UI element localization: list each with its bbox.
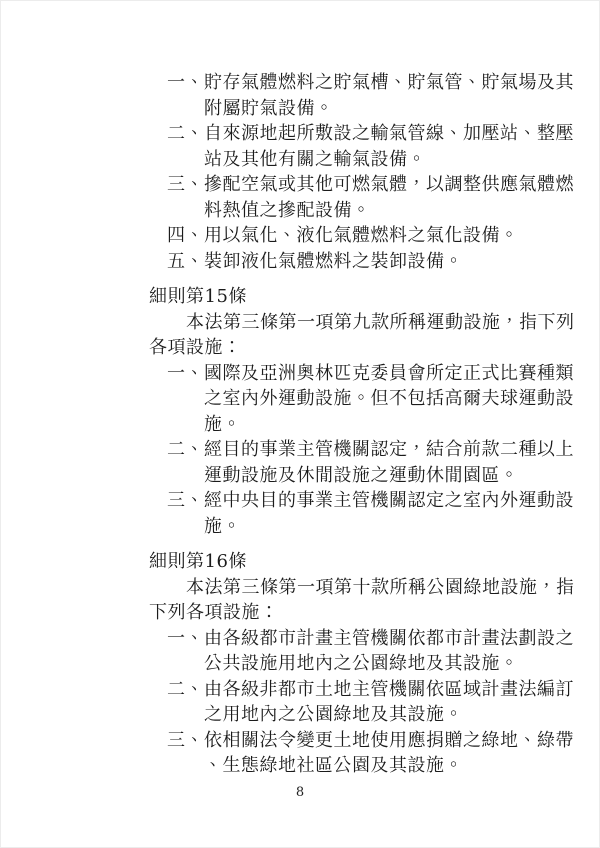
list-item: 三、經中央目的事業主管機關認定之室內外運動設施。 [167,488,583,539]
article-block: 一、貯存氣體燃料之貯氣槽、貯氣管、貯氣場及其附屬貯氣設備。二、自來源地起所敷設之… [149,70,583,274]
list-item: 二、自來源地起所敷設之輸氣管線、加壓站、整壓站及其他有關之輸氣設備。 [167,121,583,172]
list-item-line: 三、經中央目的事業主管機關認定之室內外運動設 [167,488,583,514]
list-item-text: 經目的事業主管機關認定，結合前款二種以上 [204,439,574,460]
list-item-line: 二、自來源地起所敷設之輸氣管線、加壓站、整壓 [167,121,583,147]
list-item-text: 國際及亞洲奧林匹克委員會所定正式比賽種類 [204,363,574,384]
article-block: 細則第15條本法第三條第一項第九款所稱運動設施，指下列各項設施：一、國際及亞洲奧… [149,284,583,539]
list-item-line: 附屬貯氣設備。 [167,96,583,122]
list-item-line: 料熱值之摻配設備。 [167,198,583,224]
list-item-text: 裝卸液化氣體燃料之裝卸設備。 [204,251,463,272]
list-item-line: 五、裝卸液化氣體燃料之裝卸設備。 [167,249,583,275]
list-item-line: 之用地內之公園綠地及其設施。 [167,702,583,728]
paragraph-line: 下列各項設施： [149,600,583,626]
list-item-number: 一、 [167,72,204,93]
list-item-text: 用以氣化、液化氣體燃料之氣化設備。 [204,225,519,246]
list-item-number: 四、 [167,225,204,246]
list-item-number: 三、 [167,730,204,751]
list-item: 三、摻配空氣或其他可燃氣體，以調整供應氣體燃料熱值之摻配設備。 [167,172,583,223]
list-item-text: 摻配空氣或其他可燃氣體，以調整供應氣體燃 [204,174,574,195]
list-item-text: 由各級非都市土地主管機關依區域計畫法編訂 [204,679,574,700]
list-item-line: 站及其他有關之輸氣設備。 [167,147,583,173]
list-item-line: 運動設施及休閒設施之運動休閒園區。 [167,463,583,489]
list-item-number: 三、 [167,174,204,195]
list-item-line: 一、由各級都市計畫主管機關依都市計畫法劃設之 [167,626,583,652]
list-item-line: 公共設施用地內之公園綠地及其設施。 [167,651,583,677]
document-content: 一、貯存氣體燃料之貯氣槽、貯氣管、貯氣場及其附屬貯氣設備。二、自來源地起所敷設之… [149,70,583,779]
list-item-line: 施。 [167,514,583,540]
list-item: 二、由各級非都市土地主管機關依區域計畫法編訂之用地內之公園綠地及其設施。 [167,677,583,728]
list-item-text: 依相關法令變更土地使用應捐贈之綠地、綠帶 [204,730,574,751]
paragraph-line: 各項設施： [149,335,583,361]
list-item: 一、由各級都市計畫主管機關依都市計畫法劃設之公共設施用地內之公園綠地及其設施。 [167,626,583,677]
list-item-number: 三、 [167,490,204,511]
paragraph-line: 本法第三條第一項第九款所稱運動設施，指下列 [149,310,583,336]
list-item-line: 施。 [167,412,583,438]
list-item-line: 之室內外運動設施。但不包括高爾夫球運動設 [167,386,583,412]
list-item-line: 一、國際及亞洲奧林匹克委員會所定正式比賽種類 [167,361,583,387]
page-number: 8 [1,785,599,800]
list-item: 三、依相關法令變更土地使用應捐贈之綠地、綠帶、生態綠地社區公園及其設施。 [167,728,583,779]
list-item-text: 經中央目的事業主管機關認定之室內外運動設 [204,490,574,511]
list-item-number: 一、 [167,628,204,649]
list-item-number: 二、 [167,679,204,700]
paragraph-line: 本法第三條第一項第十款所稱公園綠地設施，指 [149,575,583,601]
list-item-line: 一、貯存氣體燃料之貯氣槽、貯氣管、貯氣場及其 [167,70,583,96]
list-item-line: 四、用以氣化、液化氣體燃料之氣化設備。 [167,223,583,249]
list-item: 五、裝卸液化氣體燃料之裝卸設備。 [167,249,583,275]
document-page: 一、貯存氣體燃料之貯氣槽、貯氣管、貯氣場及其附屬貯氣設備。二、自來源地起所敷設之… [0,0,600,848]
list-item-number: 二、 [167,439,204,460]
list-item-number: 五、 [167,251,204,272]
list-item: 一、貯存氣體燃料之貯氣槽、貯氣管、貯氣場及其附屬貯氣設備。 [167,70,583,121]
list-item: 四、用以氣化、液化氣體燃料之氣化設備。 [167,223,583,249]
list-item: 一、國際及亞洲奧林匹克委員會所定正式比賽種類之室內外運動設施。但不包括高爾夫球運… [167,361,583,438]
list-item-number: 一、 [167,363,204,384]
list-item-line: 三、摻配空氣或其他可燃氣體，以調整供應氣體燃 [167,172,583,198]
list-item-text: 自來源地起所敷設之輸氣管線、加壓站、整壓 [204,123,574,144]
list-item-line: 三、依相關法令變更土地使用應捐贈之綠地、綠帶 [167,728,583,754]
article-heading: 細則第15條 [149,284,583,310]
list-item-line: 二、經目的事業主管機關認定，結合前款二種以上 [167,437,583,463]
article-block: 細則第16條本法第三條第一項第十款所稱公園綠地設施，指下列各項設施：一、由各級都… [149,549,583,779]
list-item-text: 由各級都市計畫主管機關依都市計畫法劃設之 [204,628,574,649]
article-heading: 細則第16條 [149,549,583,575]
list-item-line: 、生態綠地社區公園及其設施。 [167,753,583,779]
list-item: 二、經目的事業主管機關認定，結合前款二種以上運動設施及休閒設施之運動休閒園區。 [167,437,583,488]
list-item-number: 二、 [167,123,204,144]
list-item-line: 二、由各級非都市土地主管機關依區域計畫法編訂 [167,677,583,703]
list-item-text: 貯存氣體燃料之貯氣槽、貯氣管、貯氣場及其 [204,72,574,93]
